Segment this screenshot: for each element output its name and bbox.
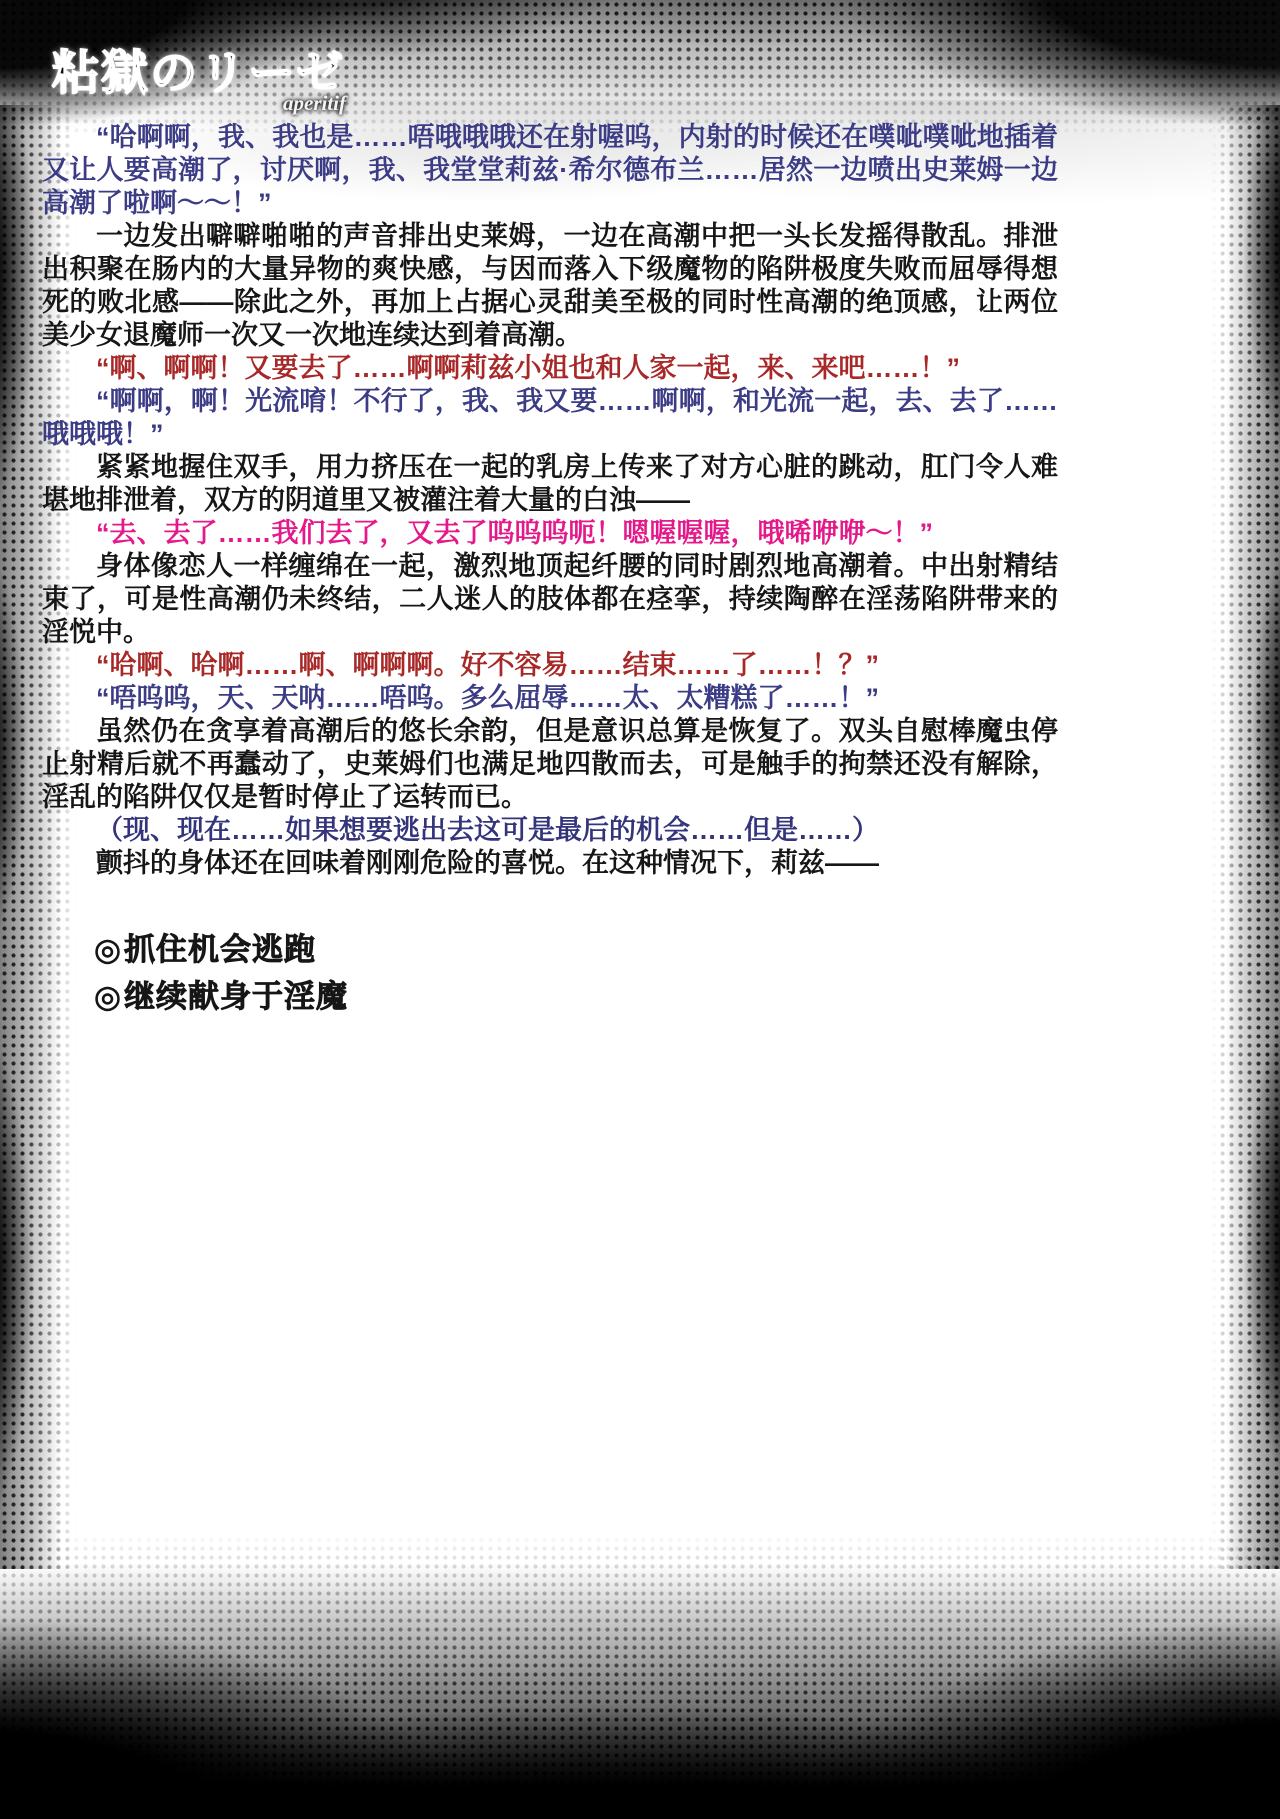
choice-list: ◎抓住机会逃跑 ◎继续献身于淫魔 [42,926,1058,1020]
choice-escape[interactable]: ◎抓住机会逃跑 [94,926,1058,973]
story-paragraph: “哈啊啊，我、我也是……唔哦哦哦还在射喔呜，内射的时候还在噗呲噗呲地插着又让人要… [42,121,1058,220]
story-paragraph: 身体像恋人一样缠绵在一起，激烈地顶起纤腰的同时剧烈地高潮着。中出射精结束了，可是… [42,550,1058,649]
story-paragraph: （现、现在……如果想要逃出去这可是最后的机会……但是……） [42,814,1058,847]
story-paragraph: 虽然仍在贪享着高潮后的悠长余韵，但是意识总算是恢复了。双头自慰棒魔虫停止射精后就… [42,715,1058,814]
story-paragraph: 一边发出噼噼啪啪的声音排出史莱姆，一边在高潮中把一头长发摇得散乱。排泄出积聚在肠… [42,220,1058,352]
story-text: “哈啊啊，我、我也是……唔哦哦哦还在射喔呜，内射的时候还在噗呲噗呲地插着又让人要… [42,121,1058,1020]
choice-label: 抓住机会逃跑 [124,932,316,967]
story-paragraph: “啊啊，啊！光流唷！不行了，我、我又要……啊啊，和光流一起，去、去了……哦哦哦！… [42,385,1058,451]
grunge-frame-bottom [0,1499,1280,1819]
story-paragraph: 颤抖的身体还在回味着刚刚危险的喜悦。在这种情况下，莉兹—— [42,847,1058,880]
story-paragraph: “唔呜呜，天、天呐……唔呜。多么屈辱……太、太糟糕了……！” [42,682,1058,715]
story-paragraph: “哈啊、哈啊……啊、啊啊啊。好不容易……结束……了……！？” [42,649,1058,682]
grunge-frame-right [1200,105,1280,1569]
story-paragraph: 紧紧地握住双手，用力挤压在一起的乳房上传来了对方心脏的跳动，肛门令人难堪地排泄着… [42,451,1058,517]
game-logo: 粘獄のリーゼ aperitif [52,36,352,116]
story-paragraph: “去、去了……我们去了，又去了呜呜呜呃！嗯喔喔喔，哦唏咿咿～！” [42,517,1058,550]
choice-label: 继续献身于淫魔 [124,979,348,1014]
choice-surrender[interactable]: ◎继续献身于淫魔 [94,973,1058,1020]
choice-bullet-icon: ◎ [94,979,122,1014]
story-paragraph: “啊、啊啊！又要去了……啊啊莉兹小姐也和人家一起，来、来吧……！” [42,352,1058,385]
choice-bullet-icon: ◎ [94,932,122,967]
